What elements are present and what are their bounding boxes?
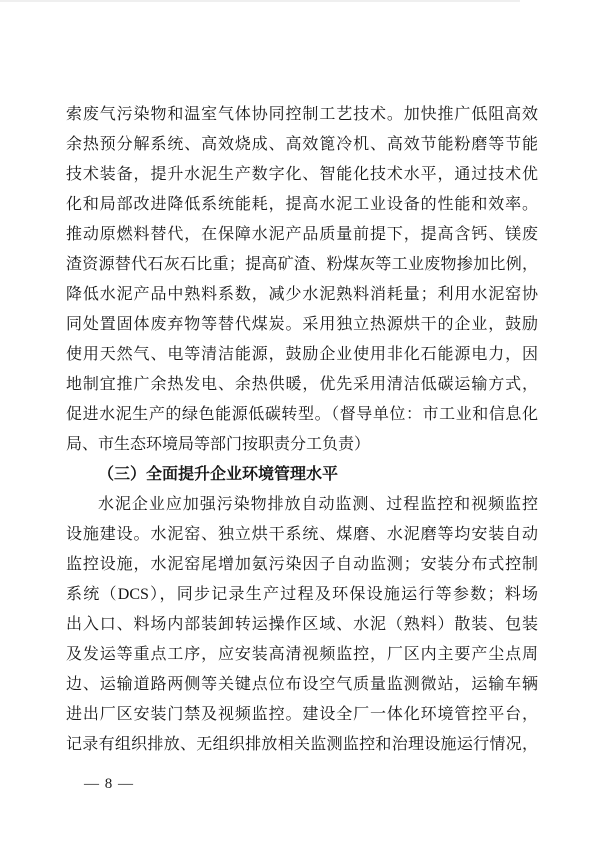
text-line: 设施建设。水泥窑、独立烘干系统、煤磨、水泥磨等均安装自动 xyxy=(66,520,538,550)
text-line: 出入口、料场内部装卸转运操作区域、水泥（熟料）散装、包装 xyxy=(66,610,538,640)
scan-edge-artifact xyxy=(0,0,520,2)
text-line: 余热预分解系统、高效烧成、高效篦冷机、高效节能粉磨等节能 xyxy=(66,130,538,160)
text-line: 系统（DCS），同步记录生产过程及环保设施运行等参数；料场 xyxy=(66,580,538,610)
text-line: （三）全面提升企业环境管理水平 xyxy=(66,460,538,490)
text-line: 降低水泥产品中熟料系数，减少水泥熟料消耗量；利用水泥窑协 xyxy=(66,280,538,310)
text-line: 渣资源替代石灰石比重；提高矿渣、粉煤灰等工业废物掺加比例， xyxy=(66,250,538,280)
text-line: 及发运等重点工序，应安装高清视频监控，厂区内主要产尘点周 xyxy=(66,640,538,670)
text-line: 边、运输道路两侧等关键点位布设空气质量监测微站，运输车辆 xyxy=(66,670,538,700)
text-line: 局、市生态环境局等部门按职责分工负责） xyxy=(66,430,538,460)
text-line: 监控设施，水泥窑尾增加氨污染因子自动监测；安装分布式控制 xyxy=(66,550,538,580)
text-line: 技术装备，提升水泥生产数字化、智能化技术水平，通过技术优 xyxy=(66,160,538,190)
text-line: 进出厂区安装门禁及视频监控。建设全厂一体化环境管控平台， xyxy=(66,700,538,730)
text-line: 化和局部改进降低系统能耗，提高水泥工业设备的性能和效率。 xyxy=(66,190,538,220)
text-line: 促进水泥生产的绿色能源低碳转型。（督导单位：市工业和信息化 xyxy=(66,400,538,430)
text-line: 地制宜推广余热发电、余热供暖，优先采用清洁低碳运输方式， xyxy=(66,370,538,400)
text-line: 同处置固体废弃物等替代煤炭。采用独立热源烘干的企业，鼓励 xyxy=(66,310,538,340)
text-line: 推动原燃料替代，在保障水泥产品质量前提下，提高含钙、镁废 xyxy=(66,220,538,250)
text-line: 使用天然气、电等清洁能源，鼓励企业使用非化石能源电力，因 xyxy=(66,340,538,370)
document-page: 索废气污染物和温室气体协同控制工艺技术。加快推广低阻高效余热预分解系统、高效烧成… xyxy=(0,0,600,867)
page-number: — 8 — xyxy=(84,771,134,797)
body-text: 索废气污染物和温室气体协同控制工艺技术。加快推广低阻高效余热预分解系统、高效烧成… xyxy=(66,100,538,760)
text-line: 索废气污染物和温室气体协同控制工艺技术。加快推广低阻高效 xyxy=(66,100,538,130)
text-line: 水泥企业应加强污染物排放自动监测、过程监控和视频监控 xyxy=(66,490,538,520)
text-line: 记录有组织排放、无组织排放相关监测监控和治理设施运行情况， xyxy=(66,730,538,760)
